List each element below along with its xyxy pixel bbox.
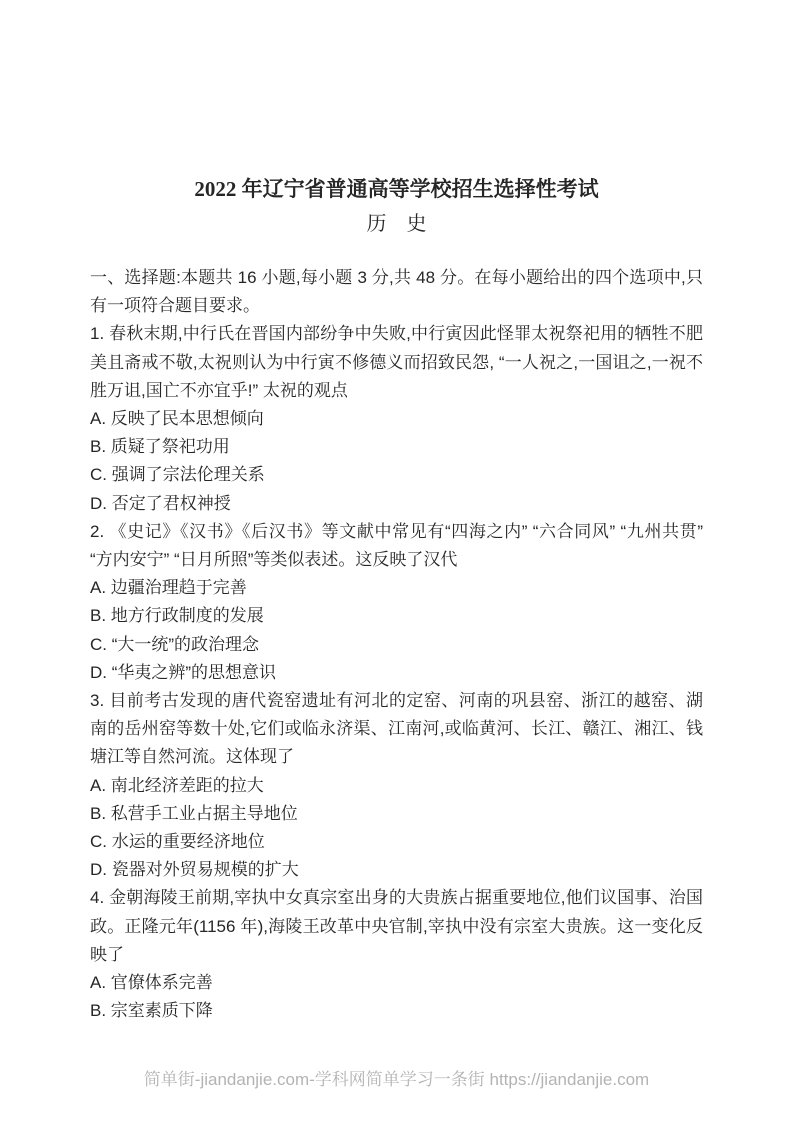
- question-2-option-a: A. 边疆治理趋于完善: [90, 574, 703, 602]
- question-3: 3. 目前考古发现的唐代瓷窑遗址有河北的定窑、河南的巩县窑、浙江的越窑、湖南的岳…: [90, 687, 703, 884]
- question-1-option-d: D. 否定了君权神授: [90, 490, 703, 518]
- question-1: 1. 春秋末期,中行氏在晋国内部纷争中失败,中行寅因此怪罪太祝祭祀用的牺牲不肥美…: [90, 320, 703, 517]
- exam-body: 一、选择题:本题共 16 小题,每小题 3 分,共 48 分。在每小题给出的四个…: [90, 264, 703, 1025]
- question-2-option-b: B. 地方行政制度的发展: [90, 602, 703, 630]
- question-4-option-b: B. 宗室素质下降: [90, 997, 703, 1025]
- question-4-stem: 4. 金朝海陵王前期,宰执中女真宗室出身的大贵族占据重要地位,他们议国事、治国政…: [90, 884, 703, 969]
- question-1-option-c: C. 强调了宗法伦理关系: [90, 461, 703, 489]
- exam-document: 2022 年辽宁省普通高等学校招生选择性考试 历 史 一、选择题:本题共 16 …: [90, 174, 703, 1025]
- question-2-option-d: D. “华夷之辨”的思想意识: [90, 659, 703, 687]
- question-2-option-c: C. “大一统”的政治理念: [90, 631, 703, 659]
- question-3-stem: 3. 目前考古发现的唐代瓷窑遗址有河北的定窑、河南的巩县窑、浙江的越窑、湖南的岳…: [90, 687, 703, 772]
- question-4: 4. 金朝海陵王前期,宰执中女真宗室出身的大贵族占据重要地位,他们议国事、治国政…: [90, 884, 703, 1025]
- question-2-stem: 2. 《史记》《汉书》《后汉书》等文献中常见有“四海之内” “六合同风” “九州…: [90, 518, 703, 574]
- exam-title: 2022 年辽宁省普通高等学校招生选择性考试: [90, 174, 703, 204]
- question-1-stem: 1. 春秋末期,中行氏在晋国内部纷争中失败,中行寅因此怪罪太祝祭祀用的牺牲不肥美…: [90, 320, 703, 405]
- exam-subject: 历 史: [90, 209, 703, 239]
- exam-page: 2022 年辽宁省普通高等学校招生选择性考试 历 史 一、选择题:本题共 16 …: [0, 0, 793, 1122]
- question-2: 2. 《史记》《汉书》《后汉书》等文献中常见有“四海之内” “六合同风” “九州…: [90, 518, 703, 687]
- question-3-option-b: B. 私营手工业占据主导地位: [90, 800, 703, 828]
- question-3-option-d: D. 瓷器对外贸易规模的扩大: [90, 856, 703, 884]
- question-3-option-c: C. 水运的重要经济地位: [90, 828, 703, 856]
- question-1-option-a: A. 反映了民本思想倾向: [90, 405, 703, 433]
- watermark-footer: 简单街-jiandanjie.com-学科网简单学习一条街 https://ji…: [0, 1068, 793, 1092]
- question-3-option-a: A. 南北经济差距的拉大: [90, 772, 703, 800]
- question-4-option-a: A. 官僚体系完善: [90, 969, 703, 997]
- question-1-option-b: B. 质疑了祭祀功用: [90, 433, 703, 461]
- section-instructions: 一、选择题:本题共 16 小题,每小题 3 分,共 48 分。在每小题给出的四个…: [90, 264, 703, 320]
